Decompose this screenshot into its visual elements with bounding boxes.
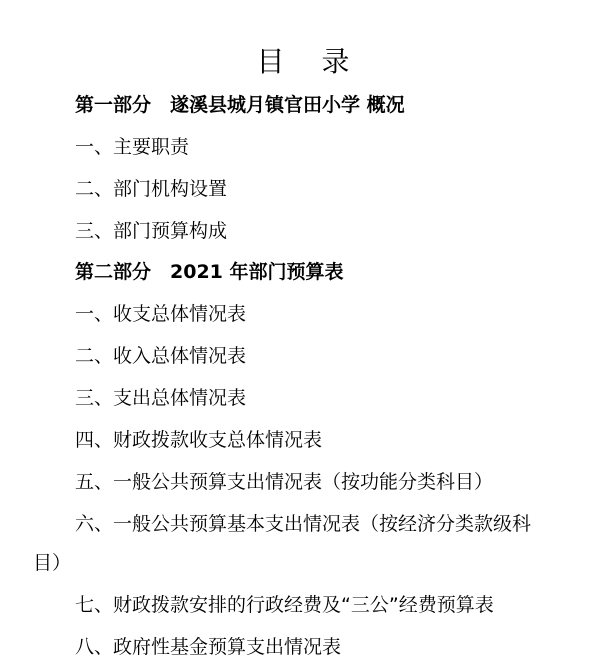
toc-item: 三、部门预算构成 xyxy=(75,218,227,244)
part1-heading: 第一部分 遂溪县城月镇官田小学 概况 xyxy=(75,92,405,118)
toc-item: 二、部门机构设置 xyxy=(75,176,227,202)
toc-item: 五、一般公共预算支出情况表（按功能分类科目） xyxy=(75,469,493,495)
toc-item: 六、一般公共预算基本支出情况表（按经济分类款级科 xyxy=(75,511,531,537)
toc-item: 四、财政拨款收支总体情况表 xyxy=(75,427,322,453)
toc-item-continuation: 目） xyxy=(33,550,71,576)
toc-title: 目 录 xyxy=(0,44,593,80)
toc-item: 七、财政拨款安排的行政经费及“三公”经费预算表 xyxy=(75,592,494,618)
toc-item: 一、主要职责 xyxy=(75,134,189,160)
toc-item: 三、支出总体情况表 xyxy=(75,385,246,411)
toc-item: 二、收入总体情况表 xyxy=(75,343,246,369)
part2-heading: 第二部分 2021 年部门预算表 xyxy=(75,259,344,285)
toc-item: 八、政府性基金预算支出情况表 xyxy=(75,634,341,660)
toc-item: 一、收支总体情况表 xyxy=(75,301,246,327)
